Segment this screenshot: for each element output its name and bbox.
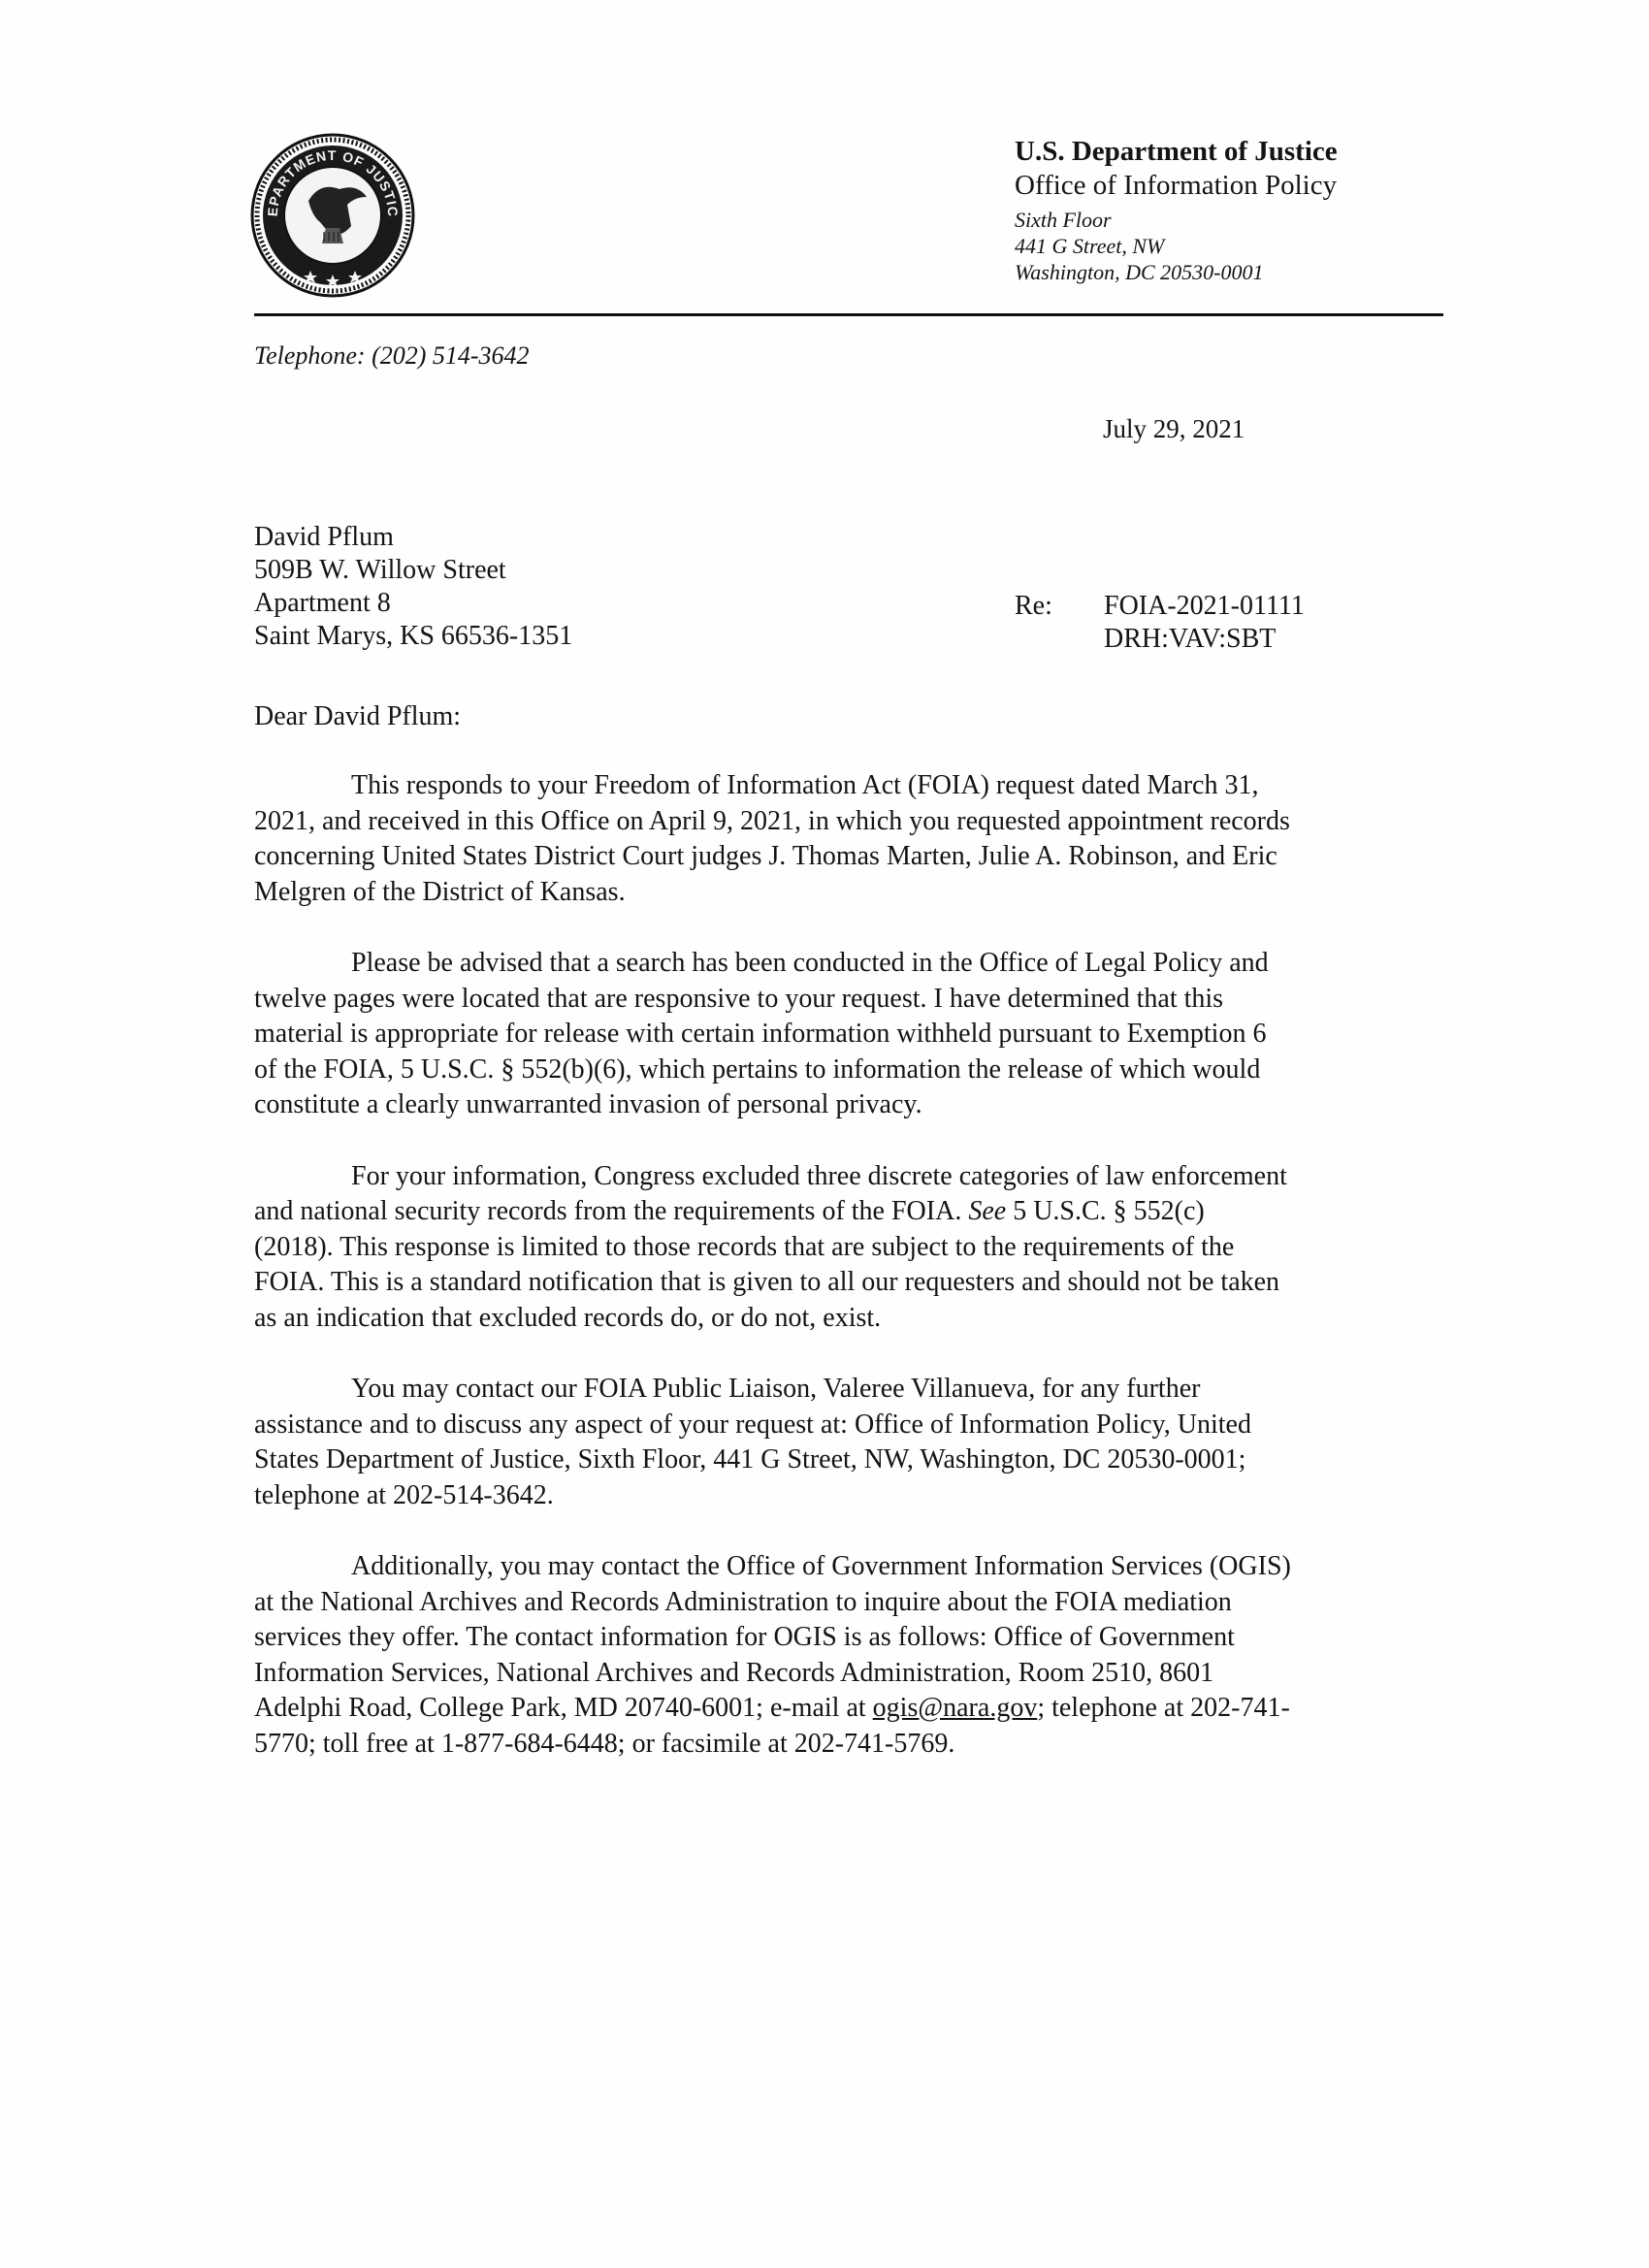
- body-line-text: Adelphi Road, College Park, MD 20740-600…: [254, 1693, 873, 1723]
- office-name: Office of Information Policy: [1015, 172, 1338, 200]
- salutation: Dear David Pflum:: [254, 701, 461, 732]
- reference-label: Re:: [1015, 590, 1052, 623]
- body-line-text: and national security records from the r…: [254, 1196, 968, 1226]
- body-line: You may contact our FOIA Public Liaison,…: [254, 1372, 1467, 1408]
- paragraph-public-liaison: You may contact our FOIA Public Liaison,…: [254, 1372, 1467, 1513]
- body-line: Melgren of the District of Kansas.: [254, 875, 1467, 911]
- recipient-line: Apartment 8: [254, 587, 572, 620]
- recipient-address: David Pflum 509B W. Willow Street Apartm…: [254, 521, 572, 653]
- letter-body: This responds to your Freedom of Informa…: [254, 768, 1467, 1798]
- paragraph-search-results: Please be advised that a search has been…: [254, 946, 1467, 1123]
- body-line: Please be advised that a search has been…: [254, 946, 1467, 982]
- body-line-text: ; telephone at 202-741-: [1037, 1693, 1289, 1723]
- body-line: (2018). This response is limited to thos…: [254, 1230, 1467, 1266]
- ogis-email-link[interactable]: ogis@nara.gov: [873, 1693, 1038, 1723]
- body-line: concerning United States District Court …: [254, 839, 1467, 875]
- office-address-line: Sixth Floor: [1015, 207, 1338, 233]
- body-line: at the National Archives and Records Adm…: [254, 1585, 1467, 1621]
- citation-text: 5 U.S.C. § 552(c): [1006, 1196, 1205, 1226]
- body-line: assistance and to discuss any aspect of …: [254, 1408, 1467, 1443]
- body-line: of the FOIA, 5 U.S.C. § 552(b)(6), which…: [254, 1053, 1467, 1088]
- body-line: material is appropriate for release with…: [254, 1017, 1467, 1053]
- body-line: 2021, and received in this Office on Apr…: [254, 804, 1467, 840]
- body-line: as an indication that excluded records d…: [254, 1301, 1467, 1337]
- body-line: This responds to your Freedom of Informa…: [254, 768, 1467, 804]
- department-name: U.S. Department of Justice: [1015, 138, 1338, 166]
- recipient-line: 509B W. Willow Street: [254, 554, 572, 587]
- letter-page: DEPARTMENT OF JUSTICE U.S. Department of…: [0, 0, 1649, 2268]
- recipient-line: David Pflum: [254, 521, 572, 554]
- recipient-line: Saint Marys, KS 66536-1351: [254, 620, 572, 653]
- body-line: FOIA. This is a standard notification th…: [254, 1265, 1467, 1301]
- reference-initials: DRH:VAV:SBT: [1104, 623, 1305, 656]
- letterhead-telephone: Telephone: (202) 514-3642: [254, 341, 530, 371]
- paragraph-exclusions: For your information, Congress excluded …: [254, 1159, 1467, 1337]
- body-line: Adelphi Road, College Park, MD 20740-600…: [254, 1691, 1467, 1727]
- body-line: 5770; toll free at 1-877-684-6448; or fa…: [254, 1727, 1467, 1763]
- reference-number: FOIA-2021-01111: [1104, 590, 1305, 623]
- body-line: Additionally, you may contact the Office…: [254, 1549, 1467, 1585]
- doj-seal-icon: DEPARTMENT OF JUSTICE: [250, 133, 415, 298]
- office-address-line: Washington, DC 20530-0001: [1015, 259, 1338, 285]
- body-line: telephone at 202-514-3642.: [254, 1478, 1467, 1514]
- body-line: constitute a clearly unwarranted invasio…: [254, 1087, 1467, 1123]
- letterhead-divider: [254, 313, 1443, 316]
- letter-date: July 29, 2021: [1103, 414, 1245, 444]
- body-line: services they offer. The contact informa…: [254, 1620, 1467, 1656]
- office-address-line: 441 G Street, NW: [1015, 233, 1338, 259]
- body-line: twelve pages were located that are respo…: [254, 982, 1467, 1018]
- citation-signal: See: [968, 1196, 1006, 1226]
- body-line: For your information, Congress excluded …: [254, 1159, 1467, 1195]
- paragraph-ogis: Additionally, you may contact the Office…: [254, 1549, 1467, 1762]
- body-line: and national security records from the r…: [254, 1194, 1467, 1230]
- body-line: Information Services, National Archives …: [254, 1656, 1467, 1692]
- paragraph-response: This responds to your Freedom of Informa…: [254, 768, 1467, 910]
- letterhead: U.S. Department of Justice Office of Inf…: [1015, 138, 1338, 285]
- body-line: States Department of Justice, Sixth Floo…: [254, 1442, 1467, 1478]
